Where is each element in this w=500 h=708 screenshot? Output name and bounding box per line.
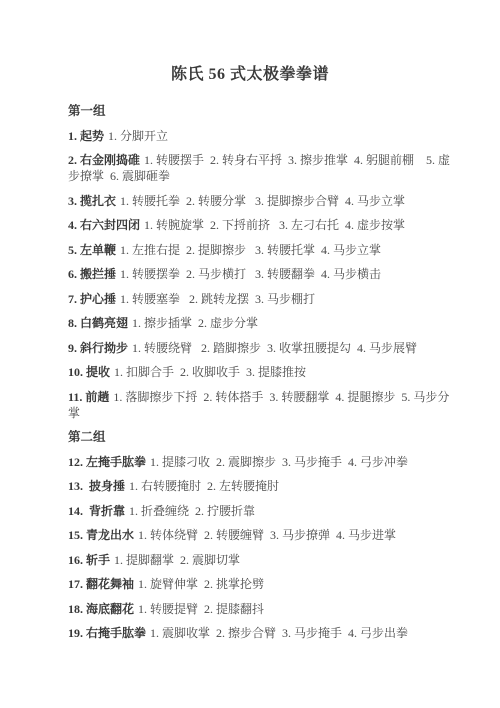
- item-name: 14. 背折靠: [68, 504, 125, 518]
- form-item-11: 11. 前趟1. 落脚擦步下捋 2. 转体搭手 3. 转腰翻掌 4. 提腿擦步 …: [68, 389, 458, 421]
- form-item-15: 15. 青龙出水1. 转体绕臂 2. 转腰缠臂 3. 马步撩弹 4. 马步进掌: [68, 527, 458, 543]
- group-heading-2: 第二组: [68, 429, 458, 445]
- form-item-18: 18. 海底翻花1. 转腰提臂 2. 提膝翻抖: [68, 601, 458, 617]
- item-moves: 1. 转腰摆拳 2. 马步横打 3. 转腰翻拳 4. 马步横击: [120, 267, 381, 281]
- item-name: 13. 披身捶: [68, 479, 125, 493]
- item-moves: 1. 扣脚合手 2. 收脚收手 3. 提膝推按: [114, 365, 306, 379]
- item-name: 17. 翻花舞袖: [68, 577, 134, 591]
- form-item-3: 3. 揽扎衣1. 转腰托拳 2. 转腰分掌 3. 提脚擦步合臂 4. 马步立掌: [68, 193, 458, 209]
- item-moves: 1. 转腰提臂 2. 提膝翻抖: [138, 602, 264, 616]
- item-moves: 1. 折叠缠绕 2. 拧腰折靠: [129, 504, 255, 518]
- form-item-2: 2. 右金刚捣碓1. 转腰摆手 2. 转身右平捋 3. 擦步推掌 4. 躬腿前棚…: [68, 152, 458, 184]
- item-moves: 1. 左推右提 2. 提脚擦步 3. 转腰托掌 4. 马步立掌: [120, 243, 381, 257]
- group-heading-1: 第一组: [68, 103, 458, 119]
- item-name: 4. 右六封四闭: [68, 218, 140, 232]
- item-name: 8. 白鹤亮翅: [68, 316, 128, 330]
- item-moves: 1. 擦步插掌 2. 虚步分掌: [132, 316, 258, 330]
- form-item-10: 10. 提收1. 扣脚合手 2. 收脚收手 3. 提膝推按: [68, 364, 458, 380]
- form-item-9: 9. 斜行拗步1. 转腰绕臂 2. 踏脚擦步 3. 收掌扭腰提勾 4. 马步展臂: [68, 340, 458, 356]
- item-moves: 1. 震脚收掌 2. 擦步合臂 3. 马步掩手 4. 弓步出拳: [150, 626, 408, 640]
- item-moves: 1. 分脚开立: [108, 129, 168, 143]
- item-moves: 1. 旋臂伸掌 2. 挑掌抡劈: [138, 577, 264, 591]
- item-moves: 1. 转腰托拳 2. 转腰分掌 3. 提脚擦步合臂 4. 马步立掌: [120, 194, 405, 208]
- form-item-1: 1. 起势1. 分脚开立: [68, 128, 458, 144]
- item-moves: 1. 右转腰掩肘 2. 左转腰掩肘: [129, 479, 279, 493]
- document-title: 陈氏 56 式太极拳拳谱: [55, 64, 445, 86]
- form-item-4: 4. 右六封四闭1. 转腕旋掌 2. 下捋前挤 3. 左刁右托 4. 虚步按掌: [68, 217, 458, 233]
- item-name: 2. 右金刚捣碓: [68, 153, 140, 167]
- item-name: 6. 搬拦捶: [68, 267, 116, 281]
- form-item-5: 5. 左单鞭1. 左推右提 2. 提脚擦步 3. 转腰托掌 4. 马步立掌: [68, 242, 458, 258]
- item-moves: 1. 提膝刁收 2. 震脚擦步 3. 马步掩手 4. 弓步冲拳: [150, 455, 408, 469]
- form-item-19: 19. 右掩手肱拳1. 震脚收掌 2. 擦步合臂 3. 马步掩手 4. 弓步出拳: [68, 625, 458, 641]
- item-name: 18. 海底翻花: [68, 602, 134, 616]
- item-moves: 1. 转腰塞拳 2. 跳转龙摆 3. 马步棚打: [120, 292, 315, 306]
- item-name: 3. 揽扎衣: [68, 194, 116, 208]
- item-moves: 1. 转腕旋掌 2. 下捋前挤 3. 左刁右托 4. 虚步按掌: [144, 218, 405, 232]
- item-moves: 1. 提脚翻掌 2. 震脚切掌: [114, 553, 240, 567]
- item-name: 15. 青龙出水: [68, 528, 134, 542]
- form-item-8: 8. 白鹤亮翅1. 擦步插掌 2. 虚步分掌: [68, 315, 458, 331]
- item-name: 5. 左单鞭: [68, 243, 116, 257]
- item-name: 7. 护心捶: [68, 292, 116, 306]
- item-moves: 1. 转体绕臂 2. 转腰缠臂 3. 马步撩弹 4. 马步进掌: [138, 528, 396, 542]
- item-moves: 1. 落脚擦步下捋 2. 转体搭手 3. 转腰翻掌 4. 提腿擦步 5. 马步分…: [68, 390, 449, 420]
- item-name: 16. 斩手: [68, 553, 110, 567]
- item-name: 9. 斜行拗步: [68, 341, 128, 355]
- form-item-7: 7. 护心捶1. 转腰塞拳 2. 跳转龙摆 3. 马步棚打: [68, 291, 458, 307]
- form-item-16: 16. 斩手1. 提脚翻掌 2. 震脚切掌: [68, 552, 458, 568]
- form-item-13: 13. 披身捶1. 右转腰掩肘 2. 左转腰掩肘: [68, 478, 458, 494]
- item-name: 10. 提收: [68, 365, 110, 379]
- form-item-6: 6. 搬拦捶1. 转腰摆拳 2. 马步横打 3. 转腰翻拳 4. 马步横击: [68, 266, 458, 282]
- form-item-12: 12. 左掩手肱拳1. 提膝刁收 2. 震脚擦步 3. 马步掩手 4. 弓步冲拳: [68, 454, 458, 470]
- form-item-14: 14. 背折靠1. 折叠缠绕 2. 拧腰折靠: [68, 503, 458, 519]
- item-name: 12. 左掩手肱拳: [68, 455, 146, 469]
- item-moves: 1. 转腰绕臂 2. 踏脚擦步 3. 收掌扭腰提勾 4. 马步展臂: [132, 341, 417, 355]
- document-page: 陈氏 56 式太极拳拳谱 第一组 1. 起势1. 分脚开立 2. 右金刚捣碓1.…: [0, 0, 500, 708]
- item-name: 11. 前趟: [68, 390, 109, 404]
- form-item-17: 17. 翻花舞袖1. 旋臂伸掌 2. 挑掌抡劈: [68, 576, 458, 592]
- item-name: 1. 起势: [68, 129, 104, 143]
- item-name: 19. 右掩手肱拳: [68, 626, 146, 640]
